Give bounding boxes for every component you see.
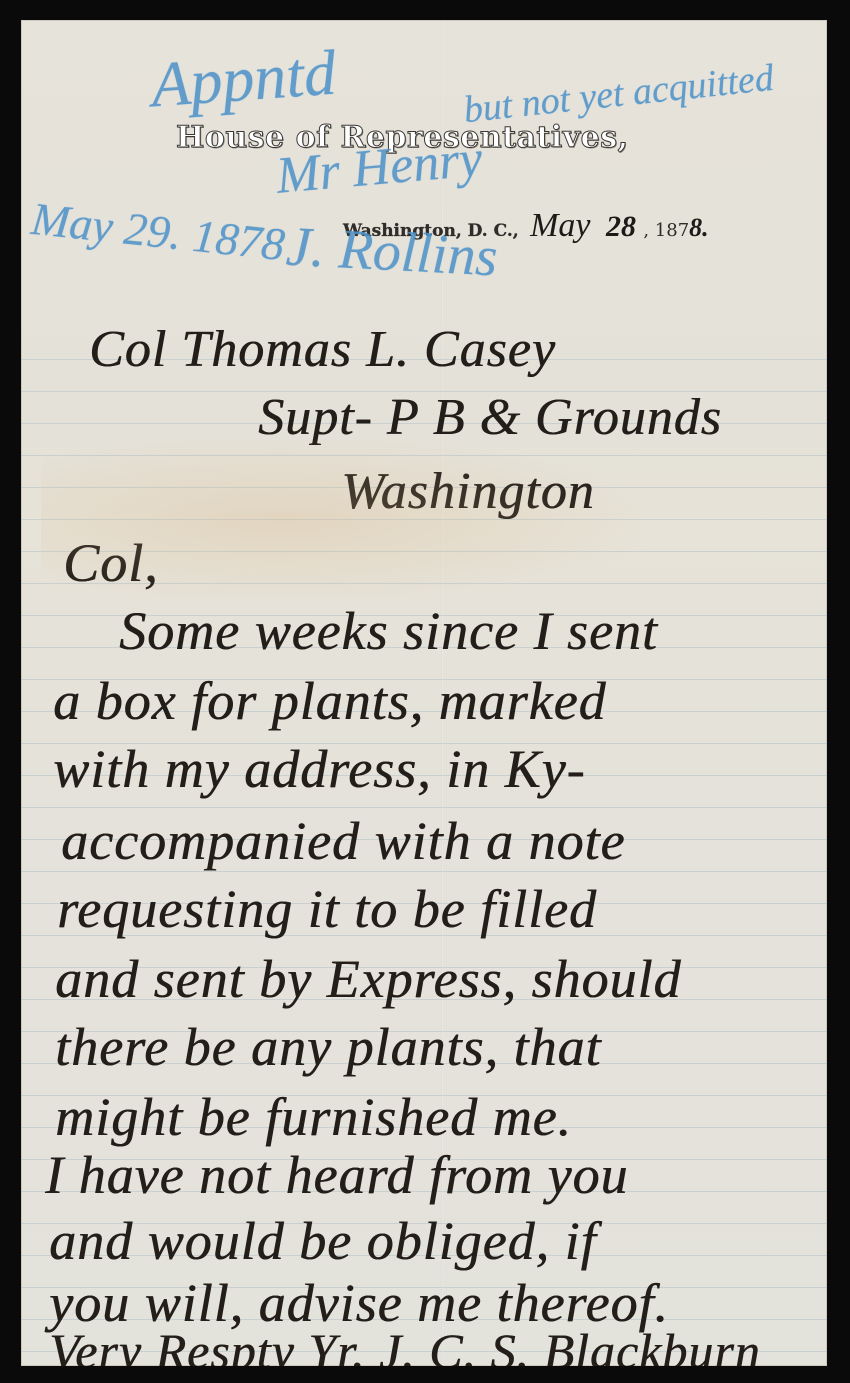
pencil-annotation-signature: J. Rollins: [284, 215, 499, 290]
pencil-annotation-date: May 29. 1878: [29, 192, 287, 271]
date-day: 28: [606, 210, 636, 243]
body-line-4: accompanied with a note: [61, 810, 625, 872]
recipient-title: Supt- P B & Grounds: [258, 388, 722, 447]
recipient-name: Col Thomas L. Casey: [89, 320, 556, 379]
body-line-2: a box for plants, marked: [53, 670, 606, 732]
date-year-handwritten: 8.: [689, 213, 709, 242]
body-line-1: Some weeks since I sent: [119, 600, 658, 662]
recipient-city: Washington: [341, 462, 595, 521]
date-year-printed: , 187: [643, 220, 689, 241]
letter-page: House of Representatives, Washington, D.…: [21, 20, 827, 1366]
pencil-annotation-appointed: Appntd: [149, 36, 339, 123]
body-line-10: and would be obliged, if: [49, 1210, 596, 1272]
body-line-8: might be furnished me.: [55, 1086, 572, 1148]
date-month: May: [530, 207, 590, 244]
body-line-9: I have not heard from you: [45, 1144, 628, 1206]
body-line-3: with my address, in Ky-: [53, 738, 585, 800]
salutation: Col,: [63, 532, 159, 594]
body-line-6: and sent by Express, should: [55, 948, 681, 1010]
body-line-5: requesting it to be filled: [57, 878, 597, 940]
body-line-7: there be any plants, that: [55, 1016, 601, 1078]
closing-signature: Very Respty Yr. J. C. S. Blackburn: [49, 1322, 761, 1366]
